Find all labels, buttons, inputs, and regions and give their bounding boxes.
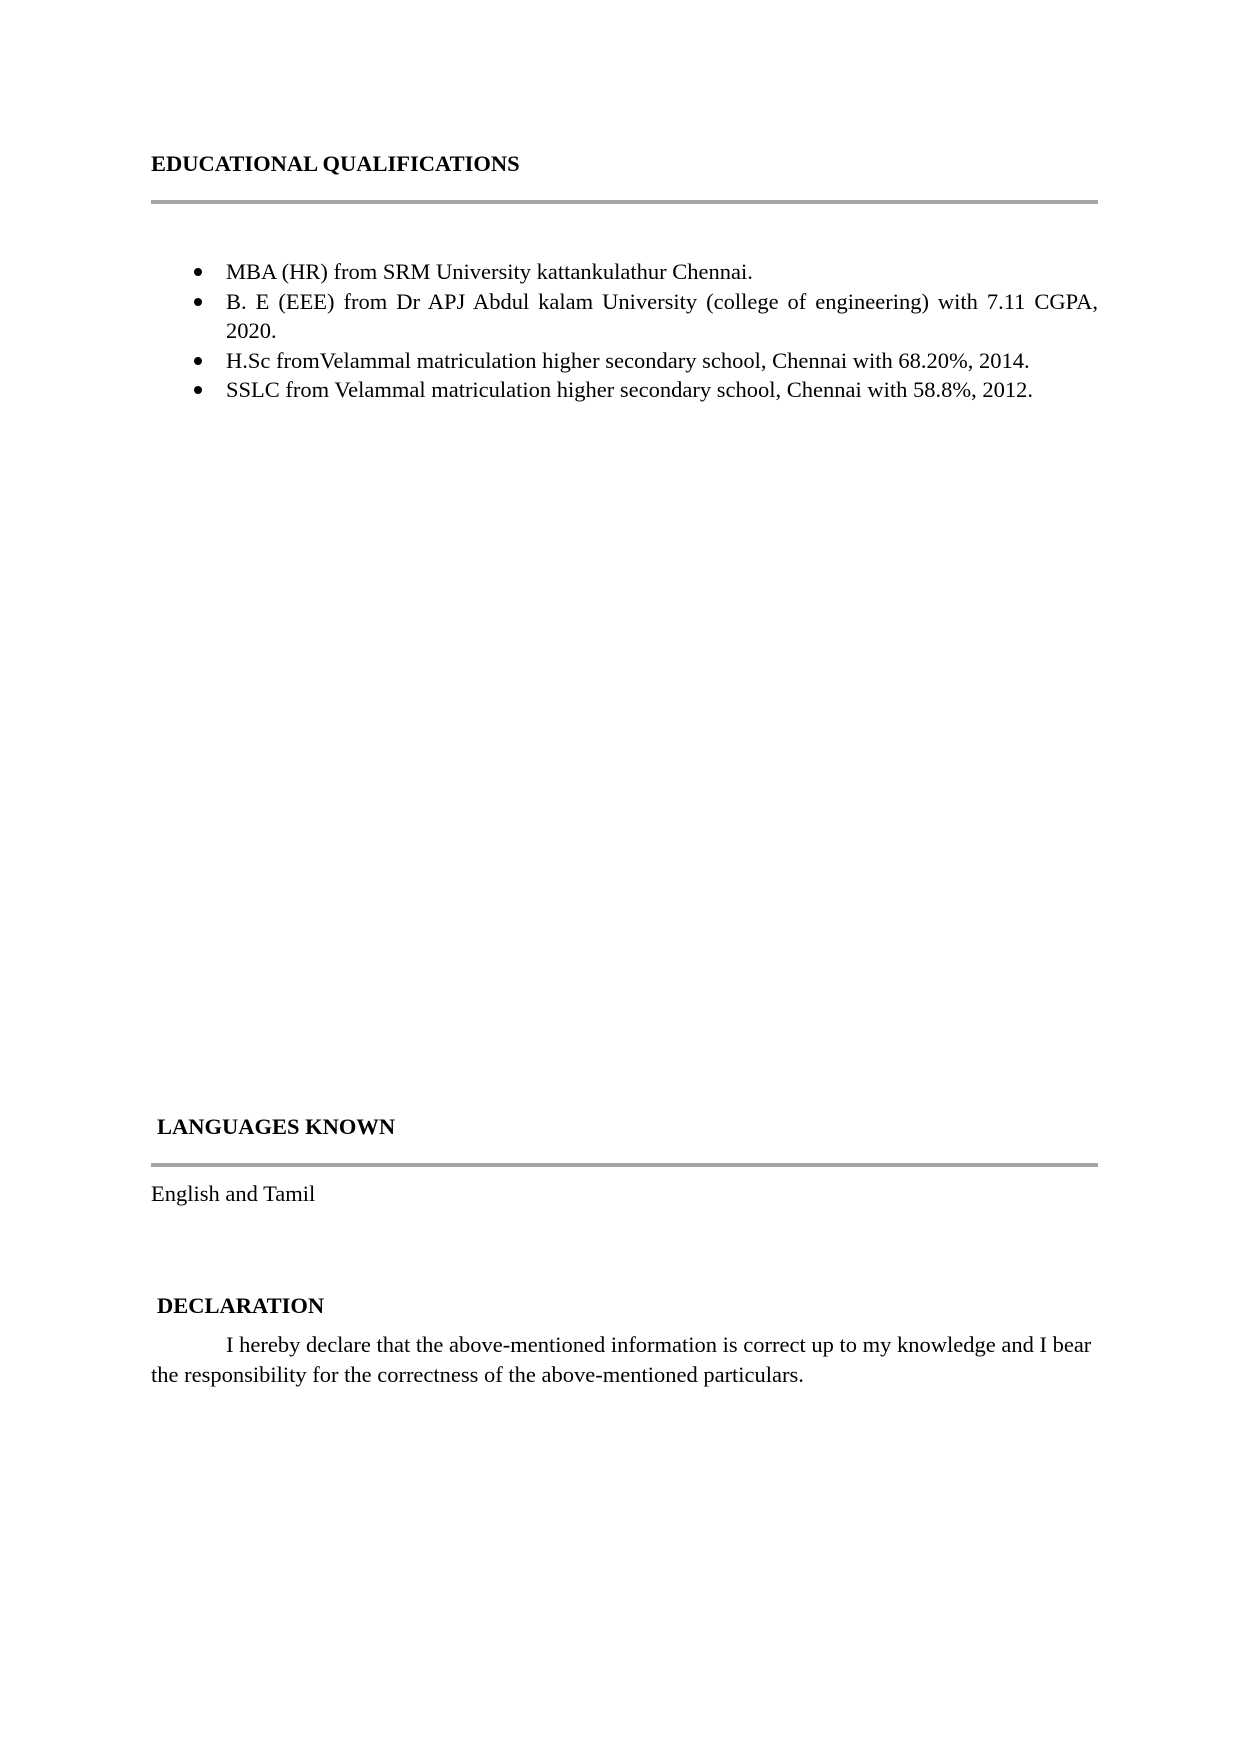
declaration-text: I hereby declare that the above-mentione… xyxy=(151,1330,1098,1389)
declaration-heading: DECLARATION xyxy=(157,1293,324,1319)
list-item-text: SSLC from Velammal matriculation higher … xyxy=(226,377,1033,402)
list-item: B. E (EEE) from Dr APJ Abdul kalam Unive… xyxy=(151,287,1098,346)
list-item-text: H.Sc fromVelammal matriculation higher s… xyxy=(226,348,1030,373)
list-item-text: B. E (EEE) from Dr APJ Abdul kalam Unive… xyxy=(226,289,1098,344)
list-item-text: MBA (HR) from SRM University kattankulat… xyxy=(226,259,753,284)
bullet-icon xyxy=(194,386,202,394)
education-list: MBA (HR) from SRM University kattankulat… xyxy=(151,257,1098,405)
bullet-icon xyxy=(194,357,202,365)
list-item: SSLC from Velammal matriculation higher … xyxy=(151,375,1098,405)
bullet-icon xyxy=(194,268,202,276)
education-heading: EDUCATIONAL QUALIFICATIONS xyxy=(151,151,520,177)
list-item: H.Sc fromVelammal matriculation higher s… xyxy=(151,346,1098,376)
languages-heading: LANGUAGES KNOWN xyxy=(157,1114,395,1140)
list-item: MBA (HR) from SRM University kattankulat… xyxy=(151,257,1098,287)
education-divider xyxy=(151,200,1098,204)
languages-text: English and Tamil xyxy=(151,1179,315,1209)
bullet-icon xyxy=(194,298,202,306)
languages-divider xyxy=(151,1163,1098,1167)
